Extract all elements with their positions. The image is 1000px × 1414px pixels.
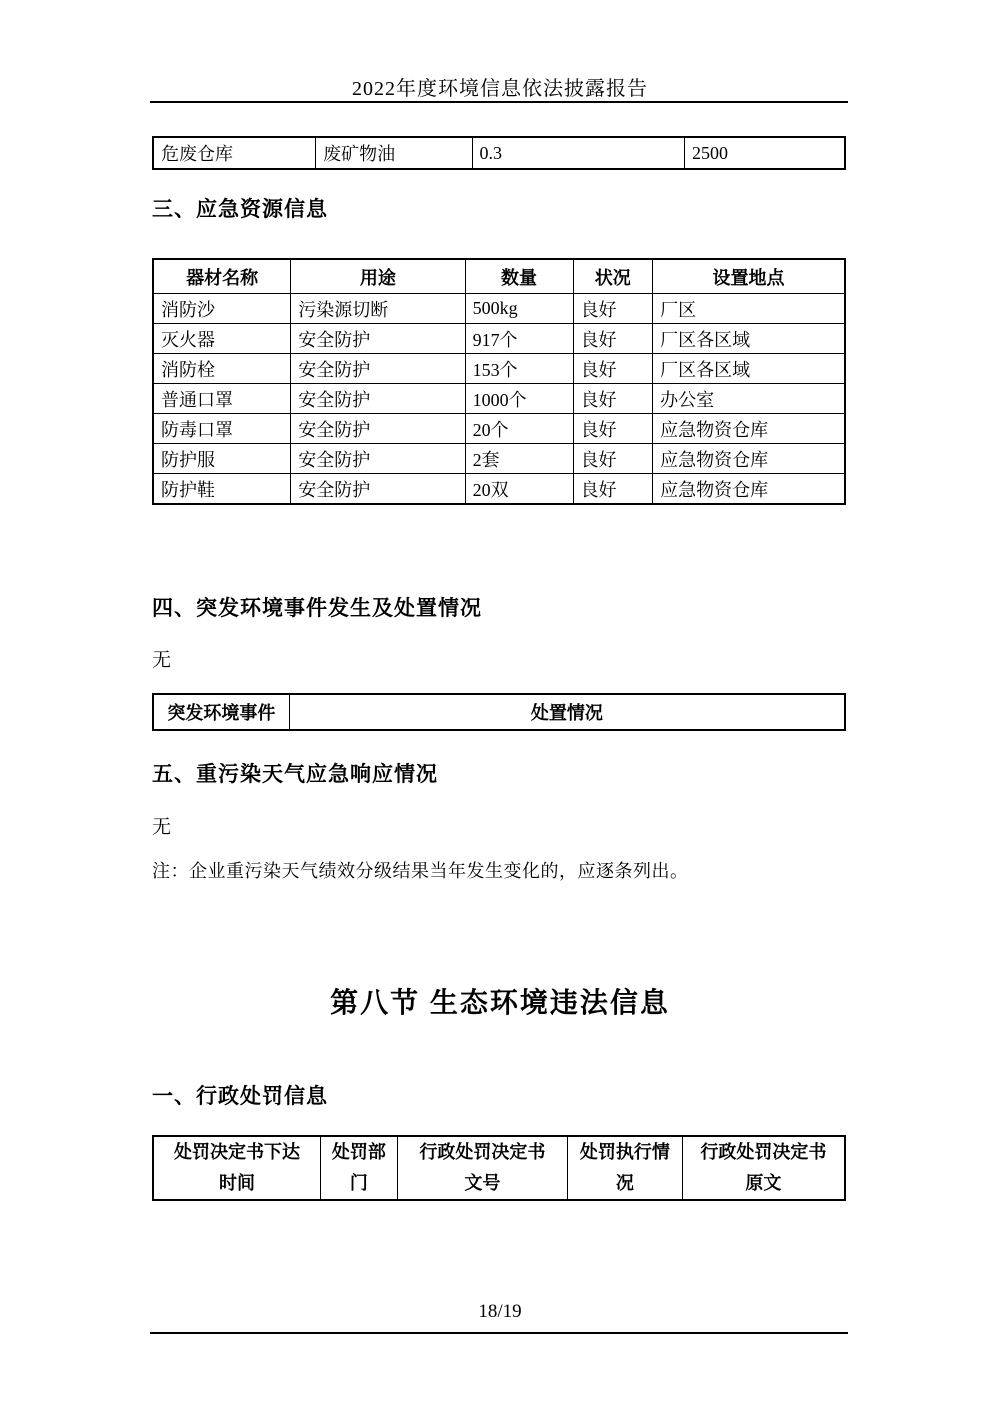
table-cell: 防护鞋 bbox=[153, 474, 291, 505]
table-cell: 消防栓 bbox=[153, 354, 291, 384]
table-row: 危废仓库 废矿物油 0.3 2500 bbox=[153, 137, 845, 169]
table-row: 防护鞋 安全防护 20双 良好 应急物资仓库 bbox=[153, 474, 845, 505]
table-row: 防护服 安全防护 2套 良好 应急物资仓库 bbox=[153, 444, 845, 474]
section-title-incident: 四、突发环境事件发生及处置情况 bbox=[152, 592, 482, 622]
chapter-title-violation-info: 第八节 生态环境违法信息 bbox=[0, 981, 1000, 1021]
administrative-penalty-table: 处罚决定书下达 时间 处罚部 门 行政处罚决定书 文号 处罚执行情 况 行政处罚… bbox=[152, 1135, 846, 1201]
section-title-administrative-penalty: 一、行政处罚信息 bbox=[152, 1080, 328, 1110]
table-cell: 20个 bbox=[465, 414, 573, 444]
incident-none-text: 无 bbox=[152, 645, 172, 672]
page-number: 18/19 bbox=[0, 1301, 1000, 1323]
table-row: 灭火器 安全防护 917个 良好 厂区各区域 bbox=[153, 324, 845, 354]
incident-table: 突发环境事件 处置情况 bbox=[152, 693, 846, 731]
page-header-title: 2022年度环境信息依法披露报告 bbox=[0, 72, 1000, 101]
table-row: 消防栓 安全防护 153个 良好 厂区各区域 bbox=[153, 354, 845, 384]
table-cell: 废矿物油 bbox=[316, 137, 472, 169]
column-header: 设置地点 bbox=[653, 259, 845, 294]
table-cell: 污染源切断 bbox=[291, 294, 465, 324]
table-cell: 厂区 bbox=[653, 294, 845, 324]
header-rule bbox=[150, 101, 848, 103]
section-title-heavy-pollution: 五、重污染天气应急响应情况 bbox=[152, 758, 438, 788]
column-header: 处罚部 门 bbox=[320, 1136, 397, 1200]
table-cell: 防护服 bbox=[153, 444, 291, 474]
hazard-storage-table: 危废仓库 废矿物油 0.3 2500 bbox=[152, 136, 846, 170]
column-header: 突发环境事件 bbox=[153, 694, 289, 730]
table-cell: 厂区各区域 bbox=[653, 354, 845, 384]
table-cell: 1000个 bbox=[465, 384, 573, 414]
table-cell: 良好 bbox=[573, 444, 653, 474]
table-cell: 良好 bbox=[573, 324, 653, 354]
table-cell: 灭火器 bbox=[153, 324, 291, 354]
column-header: 状况 bbox=[573, 259, 653, 294]
table-cell: 普通口罩 bbox=[153, 384, 291, 414]
table-row: 消防沙 污染源切断 500kg 良好 厂区 bbox=[153, 294, 845, 324]
table-cell: 消防沙 bbox=[153, 294, 291, 324]
footer-rule bbox=[150, 1332, 848, 1334]
table-cell: 应急物资仓库 bbox=[653, 444, 845, 474]
table-row: 防毒口罩 安全防护 20个 良好 应急物资仓库 bbox=[153, 414, 845, 444]
table-cell: 良好 bbox=[573, 354, 653, 384]
table-cell: 0.3 bbox=[472, 137, 684, 169]
column-header: 处罚执行情 况 bbox=[567, 1136, 682, 1200]
column-header: 处置情况 bbox=[289, 694, 845, 730]
table-cell: 917个 bbox=[465, 324, 573, 354]
table-cell: 153个 bbox=[465, 354, 573, 384]
table-header-row: 器材名称 用途 数量 状况 设置地点 bbox=[153, 259, 845, 294]
table-cell: 良好 bbox=[573, 294, 653, 324]
table-cell: 安全防护 bbox=[291, 324, 465, 354]
column-header: 用途 bbox=[291, 259, 465, 294]
table-cell: 应急物资仓库 bbox=[653, 414, 845, 444]
table-header-row: 突发环境事件 处置情况 bbox=[153, 694, 845, 730]
table-row: 普通口罩 安全防护 1000个 良好 办公室 bbox=[153, 384, 845, 414]
emergency-resources-table: 器材名称 用途 数量 状况 设置地点 消防沙 污染源切断 500kg 良好 厂区… bbox=[152, 258, 846, 505]
table-cell: 安全防护 bbox=[291, 444, 465, 474]
document-page: 2022年度环境信息依法披露报告 危废仓库 废矿物油 0.3 2500 三、应急… bbox=[0, 0, 1000, 1414]
table-cell: 良好 bbox=[573, 414, 653, 444]
table-cell: 500kg bbox=[465, 294, 573, 324]
column-header: 行政处罚决定书 文号 bbox=[397, 1136, 567, 1200]
table-header-row: 处罚决定书下达 时间 处罚部 门 行政处罚决定书 文号 处罚执行情 况 行政处罚… bbox=[153, 1136, 845, 1200]
column-header: 数量 bbox=[465, 259, 573, 294]
heavy-pollution-none-text: 无 bbox=[152, 812, 172, 839]
table-cell: 安全防护 bbox=[291, 384, 465, 414]
column-header: 器材名称 bbox=[153, 259, 291, 294]
table-cell: 2套 bbox=[465, 444, 573, 474]
table-cell: 安全防护 bbox=[291, 354, 465, 384]
table-cell: 20双 bbox=[465, 474, 573, 505]
table-cell: 办公室 bbox=[653, 384, 845, 414]
table-cell: 良好 bbox=[573, 384, 653, 414]
column-header: 处罚决定书下达 时间 bbox=[153, 1136, 320, 1200]
table-cell: 安全防护 bbox=[291, 474, 465, 505]
column-header: 行政处罚决定书 原文 bbox=[682, 1136, 845, 1200]
table-cell: 危废仓库 bbox=[153, 137, 316, 169]
table-cell: 厂区各区域 bbox=[653, 324, 845, 354]
table-cell: 防毒口罩 bbox=[153, 414, 291, 444]
table-cell: 良好 bbox=[573, 474, 653, 505]
table-cell: 2500 bbox=[684, 137, 845, 169]
section-title-emergency-resources: 三、应急资源信息 bbox=[152, 193, 328, 223]
table-cell: 应急物资仓库 bbox=[653, 474, 845, 505]
heavy-pollution-note: 注：企业重污染天气绩效分级结果当年发生变化的，应逐条列出。 bbox=[152, 857, 689, 883]
table-cell: 安全防护 bbox=[291, 414, 465, 444]
